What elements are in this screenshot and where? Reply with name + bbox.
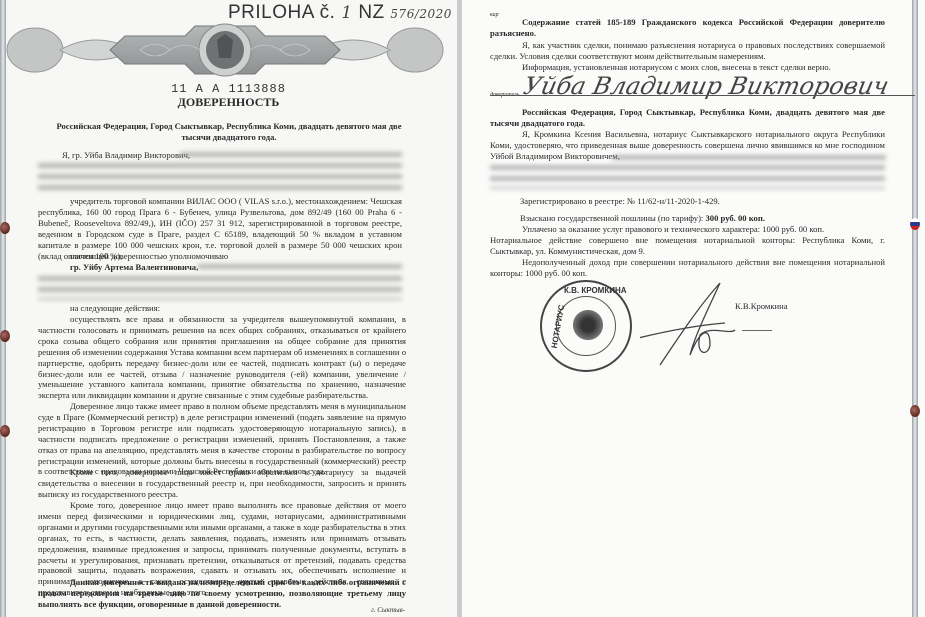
paragraph-corporate-rights: осуществлять все права и обязанности за … — [38, 314, 406, 401]
annex-suffix: NZ — [358, 2, 384, 23]
redacted-personal-data — [38, 276, 402, 300]
binding-bead — [0, 425, 10, 437]
notary-signature-line — [742, 330, 772, 331]
document-title: ДОВЕРЕННОСТЬ — [0, 95, 457, 110]
location-note: Нотариальное действие совершено вне поме… — [490, 235, 885, 257]
form-serial-number: 11 А А 1113888 — [0, 82, 457, 96]
services-paid-line: Уплачено за оказание услуг правового и т… — [490, 224, 885, 235]
redacted-personal-data — [490, 165, 885, 189]
understanding-note: Я, как участник сделки, понимаю разъясне… — [490, 40, 885, 62]
annex-number-handwritten: 1 — [341, 3, 352, 23]
binding-bead — [0, 222, 10, 234]
paragraph-court-representation: Доверенное лицо также имеет право в полн… — [38, 401, 406, 477]
redacted-personal-data — [612, 155, 886, 162]
state-fee-line: Взыскано государственной пошлины (по тар… — [520, 213, 885, 224]
paragraph-registry-extract: Кроме того, доверенное лицо имеет право … — [38, 467, 406, 500]
guilloche-ornament-with-emblem — [5, 18, 445, 80]
state-fee-label: Взыскано государственной пошлины (по тар… — [520, 213, 703, 223]
redacted-personal-data — [180, 152, 402, 160]
registry-entry: Зарегистрировано в реестре: № 11/62-н/11… — [520, 196, 885, 207]
seal-top-text: К.В. КРОМКИНА — [564, 286, 627, 295]
principal-name: Я, гр. Уйба Владимир Викторович, — [62, 150, 190, 160]
state-fee-value: 300 руб. 00 коп. — [705, 213, 764, 223]
certification-place-date: Российская Федерация, Город Сыктывкар, Р… — [490, 107, 885, 129]
actions-heading: на следующие действия: — [70, 303, 400, 314]
civil-code-note: Содержание статей 185-189 Гражданского к… — [490, 17, 885, 39]
binding-bead — [910, 405, 920, 417]
authorize-line: настоящей доверенностью уполномочиваю — [70, 251, 400, 262]
annex-stamp: PRILOHA č. 1 NZ 576/2020 — [228, 2, 452, 24]
redacted-personal-data — [198, 264, 402, 272]
place-date-line: Российская Федерация, Город Сыктывкар, Р… — [55, 121, 403, 143]
binding-edge — [912, 0, 918, 617]
redacted-personal-data — [38, 163, 402, 193]
notary-signature — [640, 275, 750, 375]
annex-reference-handwritten: 576/2020 — [390, 7, 452, 21]
binding-bead — [0, 330, 10, 342]
signature-line — [490, 95, 915, 96]
left-page-power-of-attorney: PRILOHA č. 1 NZ 576/2020 11 А А 1113888 … — [0, 0, 457, 617]
notary-name: К.В.Кромкина — [735, 301, 815, 312]
double-headed-eagle-emblem — [573, 310, 603, 340]
notary-seal: К.В. КРОМКИНА НОТАРИУС — [540, 280, 632, 372]
binding-bead-tricolor — [910, 218, 920, 230]
page-continuation: г. Сыктыв- — [350, 605, 405, 616]
annex-stamp-label: PRILOHA č. — [228, 2, 335, 23]
